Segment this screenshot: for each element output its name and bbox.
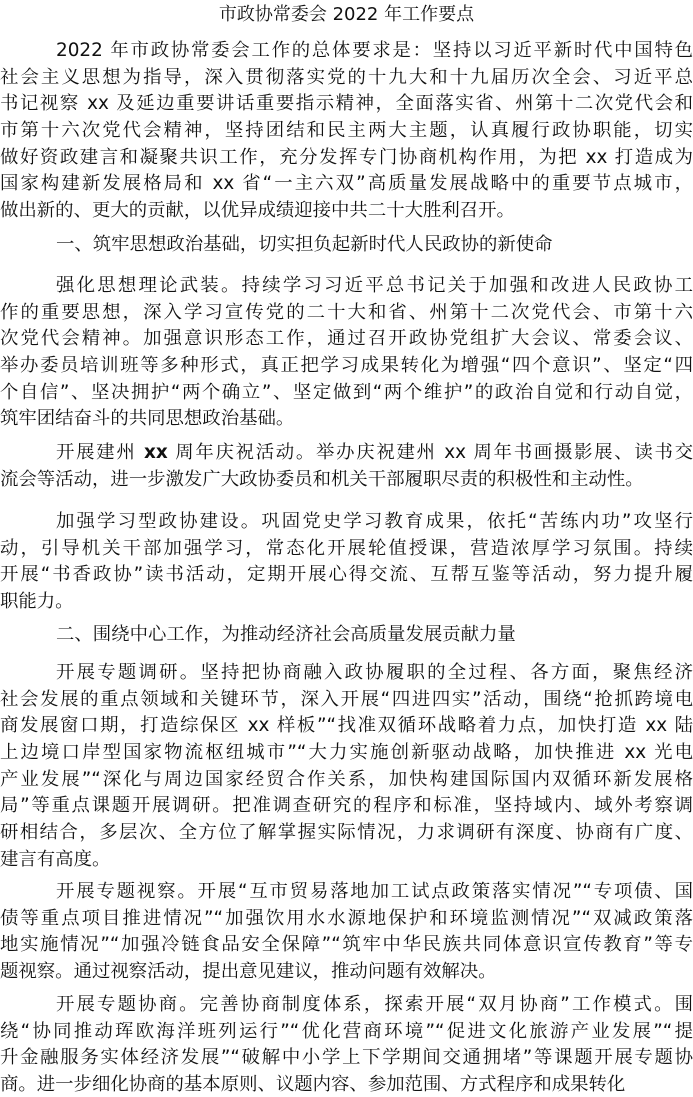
- document-title: 市政协常委会 2022 年工作要点: [0, 2, 693, 28]
- text-line: 升金融服务实体经济发展”“破解中小学上下学期间交通拥堵”等课题开展专题协: [0, 1045, 693, 1072]
- text-line: 社会主义思想为指导，深入贯彻落实党的十九大和十九届历次全会、习近平总: [0, 65, 693, 92]
- body-paragraph: 2022 年市政协常委会工作的总体要求是：坚持以习近平新时代中国特色社会主义思想…: [0, 38, 693, 225]
- text-line: 动，引导机关干部加强学习，常态化开展轮值授课，营造浓厚学习氛围。持续: [0, 536, 693, 563]
- text-line: 次党代会精神。加强意识形态工作，通过召开政协党组扩大会议、常委会议、: [0, 326, 693, 353]
- text-line: 产业发展”“深化与周边国家经贸合作关系，加快构建国际国内双循环新发展格: [0, 767, 693, 794]
- text-line: 绕“协同推动珲欧海洋班列运行”“优化营商环境”“促进文化旅游产业发展”“提: [0, 1019, 693, 1046]
- bold-placeholder: xx: [144, 442, 168, 463]
- text-line: 地实施情况”“加强冷链食品安全保障”“筑牢中华民族共同体意识宣传教育”等专: [0, 932, 693, 959]
- text-line: 市第十六次党代会精神，坚持团结和民主两大主题，认真履行政协职能，切实: [0, 118, 693, 145]
- text-line: 一、筑牢思想政治基础，切实担负起新时代人民政协的新使命: [0, 232, 693, 259]
- text-line: 职能力。: [0, 589, 693, 616]
- body-paragraph: 开展专题调研。坚持把协商融入政协履职的全过程、各方面，聚焦经济社会发展的重点领域…: [0, 660, 693, 874]
- section-heading: 一、筑牢思想政治基础，切实担负起新时代人民政协的新使命: [0, 232, 693, 259]
- text-line: 题视察。通过视察活动，提出意见建议，推动问题有效解决。: [0, 959, 693, 986]
- text-line: 二、围绕中心工作，为推动经济社会高质量发展贡献力量: [0, 622, 693, 649]
- text-line: 社会发展的重点领域和关键环节，深入开展“四进四实”活动，围绕“抢抓跨境电: [0, 687, 693, 714]
- body-paragraph: 开展专题视察。开展“互市贸易落地加工试点政策落实情况”“专项债、国债等重点项目推…: [0, 879, 693, 986]
- body-paragraph: 强化思想理论武装。持续学习习近平总书记关于加强和改进人民政协工作的重要思想，深入…: [0, 273, 693, 433]
- text-line: 建言有高度。: [0, 847, 693, 874]
- text-line: 举办委员培训班等多种形式，真正把学习成果转化为增强“四个意识”、坚定“四: [0, 353, 693, 380]
- text-line: 强化思想理论武装。持续学习习近平总书记关于加强和改进人民政协工: [0, 273, 693, 300]
- body-paragraph: 开展专题协商。完善协商制度体系，探索开展“双月协商”工作模式。围绕“协同推动珲欧…: [0, 992, 693, 1097]
- text-line: 加强学习型政协建设。巩固党史学习教育成果，依托“苦练内功”攻坚行: [0, 509, 693, 536]
- text-line: 局”等重点课题开展调研。把准调查研究的程序和标准，坚持域内、域外考察调: [0, 793, 693, 820]
- text-line: 开展建州 xx 周年庆祝活动。举办庆祝建州 xx 周年书画摄影展、读书交: [0, 440, 693, 467]
- text-line: 上边境口岸型国家物流枢纽城市”“大力实施创新驱动战略，加快推进 xx 光电: [0, 740, 693, 767]
- section-heading: 二、围绕中心工作，为推动经济社会高质量发展贡献力量: [0, 622, 693, 649]
- text-line: 债等重点项目推进情况”“加强饮用水水源地保护和环境监测情况”“双减政策落: [0, 906, 693, 933]
- text-line: 开展“书香政协”读书活动，定期开展心得交流、互帮互鉴等活动，努力提升履: [0, 562, 693, 589]
- text-line: 开展专题协商。完善协商制度体系，探索开展“双月协商”工作模式。围: [0, 992, 693, 1019]
- text-line: 研相结合，多层次、全方位了解掌握实际情况，力求调研有深度、协商有广度、: [0, 820, 693, 847]
- text-line: 商发展窗口期，打造综保区 xx 样板”“找准双循环战略着力点，加快打造 xx 陆: [0, 713, 693, 740]
- text-line: 筑牢团结奋斗的共同思想政治基础。: [0, 406, 693, 433]
- text-line: 开展专题视察。开展“互市贸易落地加工试点政策落实情况”“专项债、国: [0, 879, 693, 906]
- text-line: 流会等活动，进一步激发广大政协委员和机关干部履职尽责的积极性和主动性。: [0, 467, 693, 494]
- text-line: 国家构建新发展格局和 xx 省“一主六双”高质量发展战略中的重要节点城市，: [0, 171, 693, 198]
- text-line: 商。进一步细化协商的基本原则、议题内容、参加范围、方式程序和成果转化: [0, 1072, 693, 1097]
- text-line: 个自信”、坚决拥护“两个确立”、坚定做到“两个维护”的政治自觉和行动自觉，: [0, 380, 693, 407]
- text-line: 作的重要思想，深入学习宣传党的二十大和省、州第十二次党代会、市第十六: [0, 300, 693, 327]
- text-line: 做好资政建言和凝聚共识工作，充分发挥专门协商机构作用，为把 xx 打造成为: [0, 145, 693, 172]
- text-line: 做出新的、更大的贡献，以优异成绩迎接中共二十大胜利召开。: [0, 198, 693, 225]
- body-paragraph: 开展建州 xx 周年庆祝活动。举办庆祝建州 xx 周年书画摄影展、读书交流会等活…: [0, 440, 693, 493]
- text-line: 开展专题调研。坚持把协商融入政协履职的全过程、各方面，聚焦经济: [0, 660, 693, 687]
- text-line: 2022 年市政协常委会工作的总体要求是：坚持以习近平新时代中国特色: [0, 38, 693, 65]
- text-line: 书记视察 xx 及延边重要讲话重要指示精神，全面落实省、州第十二次党代会和: [0, 91, 693, 118]
- body-paragraph: 加强学习型政协建设。巩固党史学习教育成果，依托“苦练内功”攻坚行动，引导机关干部…: [0, 509, 693, 616]
